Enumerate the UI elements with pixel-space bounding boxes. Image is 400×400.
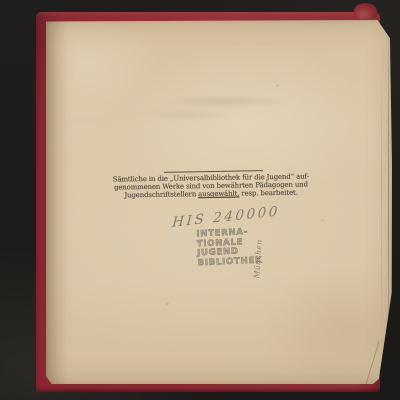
page-fore-edge-line-2 xyxy=(381,60,382,360)
corner-crease xyxy=(365,341,379,385)
ink-showthrough xyxy=(130,82,320,122)
book-page: Sämtliche in die „Universalbibliothek fü… xyxy=(46,20,392,384)
cover-corner-bump xyxy=(353,2,377,20)
stamp-city-vertical: München xyxy=(252,239,264,279)
book-cover: Sämtliche in die „Universalbibliothek fü… xyxy=(36,12,380,392)
page-fore-edge-line xyxy=(388,24,389,376)
handwritten-accession-number: HIS 240000 xyxy=(172,203,281,231)
gutter-shadow xyxy=(46,20,68,384)
underlined-word: ausgewählt, xyxy=(198,190,239,199)
publisher-note: Sämtliche in die „Universalbibliothek fü… xyxy=(94,172,328,200)
scan-background: Sämtliche in die „Universalbibliothek fü… xyxy=(0,0,400,400)
